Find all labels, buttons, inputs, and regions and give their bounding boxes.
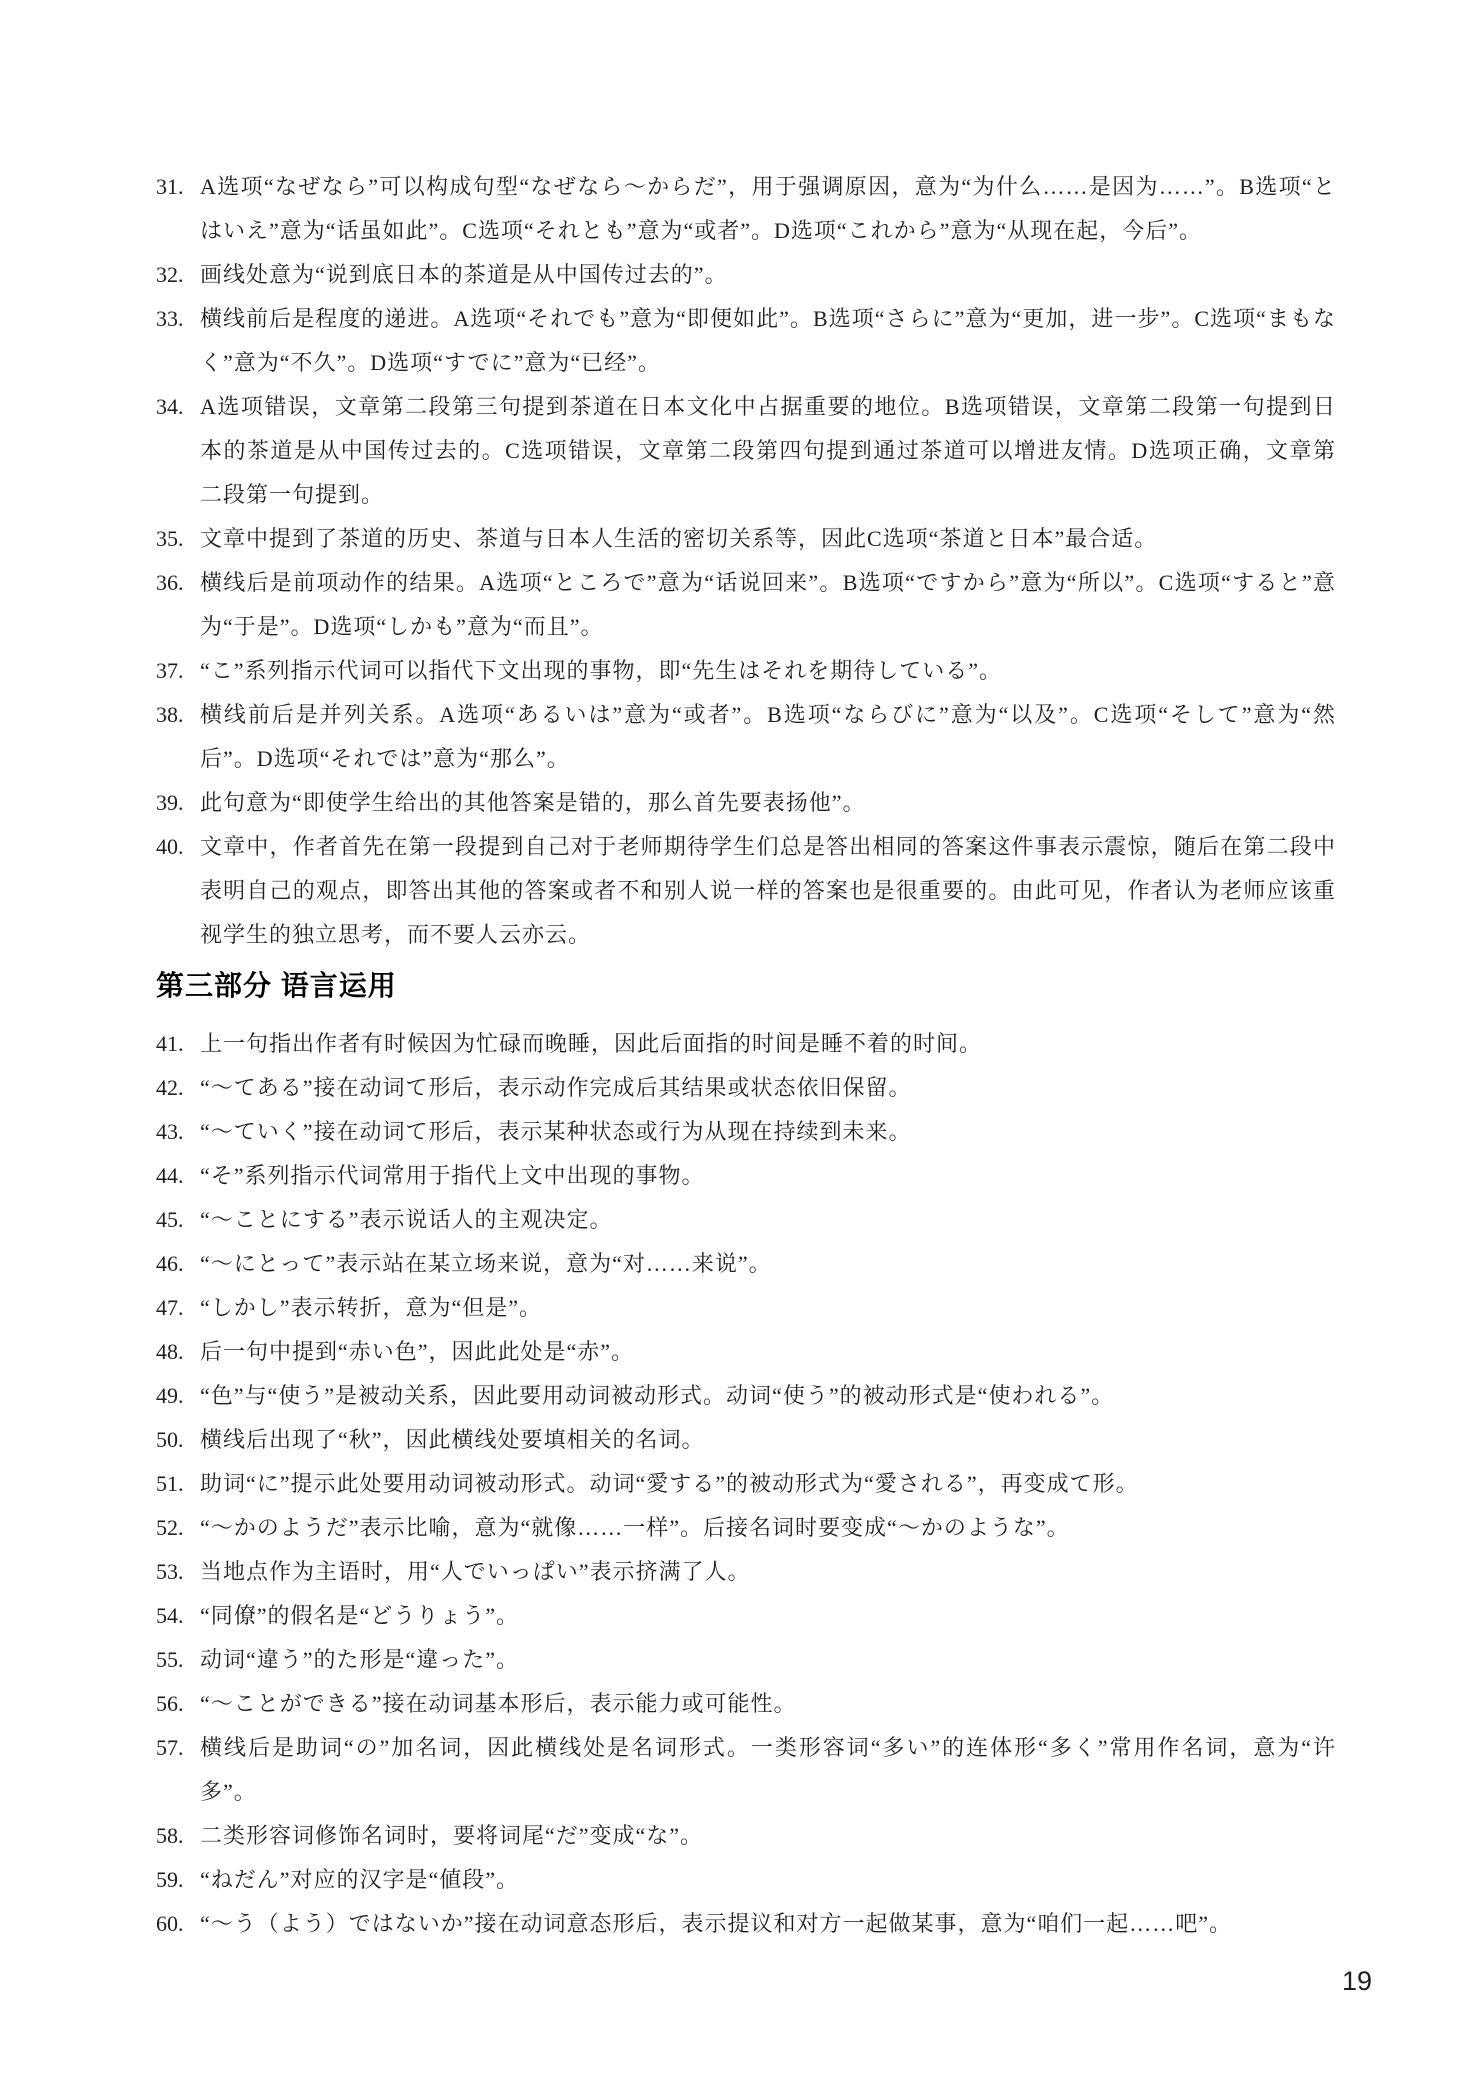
item-number: 39. bbox=[156, 781, 198, 825]
item-text: “しかし”表示转折，意为“但是”。 bbox=[200, 1295, 542, 1320]
explanation-list-part3: 41.上一句指出作者有时候因为忙碌而晚睡，因此后面指的时间是睡不着的时间。42.… bbox=[156, 1022, 1336, 1946]
item-text: “～ことができる”接在动词基本形后，表示能力或可能性。 bbox=[200, 1691, 797, 1716]
explanation-item: 49.“色”与“使う”是被动关系，因此要用动词被动形式。动词“使う”的被动形式是… bbox=[156, 1374, 1336, 1418]
item-text: 横线后是前项动作的结果。A选项“ところで”意为“话说回来”。B选项“ですから”意… bbox=[200, 570, 1336, 639]
item-text: 二类形容词修饰名词时，要将词尾“だ”变成“な”。 bbox=[200, 1823, 703, 1848]
explanation-item: 44.“そ”系列指示代词常用于指代上文中出现的事物。 bbox=[156, 1154, 1336, 1198]
explanation-item: 57.横线后是助词“の”加名词，因此横线处是名词形式。一类形容词“多い”的连体形… bbox=[156, 1726, 1336, 1814]
item-text: 动词“違う”的た形是“違った”。 bbox=[200, 1647, 519, 1672]
explanation-item: 31.A选项“なぜなら”可以构成句型“なぜなら～からだ”，用于强调原因，意为“为… bbox=[156, 165, 1336, 253]
item-number: 59. bbox=[156, 1858, 198, 1902]
explanation-item: 33.横线前后是程度的递进。A选项“それでも”意为“即便如此”。B选项“さらに”… bbox=[156, 297, 1336, 385]
item-text: 画线处意为“说到底日本的茶道是从中国传过去的”。 bbox=[200, 262, 728, 287]
explanation-item: 58.二类形容词修饰名词时，要将词尾“だ”变成“な”。 bbox=[156, 1814, 1336, 1858]
item-number: 54. bbox=[156, 1594, 198, 1638]
item-text: 此句意为“即使学生给出的其他答案是错的，那么首先要表扬他”。 bbox=[200, 790, 866, 815]
item-text: 横线后是助词“の”加名词，因此横线处是名词形式。一类形容词“多い”的连体形“多く… bbox=[200, 1735, 1336, 1804]
explanation-item: 40.文章中，作者首先在第一段提到自己对于老师期待学生们总是答出相同的答案这件事… bbox=[156, 825, 1336, 957]
item-text: 文章中，作者首先在第一段提到自己对于老师期待学生们总是答出相同的答案这件事表示震… bbox=[200, 834, 1336, 947]
item-number: 32. bbox=[156, 253, 198, 297]
item-text: 横线前后是并列关系。A选项“あるいは”意为“或者”。B选项“ならびに”意为“以及… bbox=[200, 702, 1336, 771]
item-text: “そ”系列指示代词常用于指代上文中出现的事物。 bbox=[200, 1163, 705, 1188]
explanation-item: 42.“～てある”接在动词て形后，表示动作完成后其结果或状态依旧保留。 bbox=[156, 1066, 1336, 1110]
item-number: 43. bbox=[156, 1110, 198, 1154]
item-text: “同僚”的假名是“どうりょう”。 bbox=[200, 1603, 519, 1628]
item-number: 56. bbox=[156, 1682, 198, 1726]
item-number: 41. bbox=[156, 1022, 198, 1066]
explanation-item: 56.“～ことができる”接在动词基本形后，表示能力或可能性。 bbox=[156, 1682, 1336, 1726]
item-number: 37. bbox=[156, 649, 198, 693]
explanation-item: 51.助词“に”提示此处要用动词被动形式。动词“愛する”的被动形式为“愛される”… bbox=[156, 1462, 1336, 1506]
section-header: 第三部分 语言运用 bbox=[156, 969, 1336, 1003]
item-text: 当地点作为主语时，用“人でいっぱい”表示挤满了人。 bbox=[200, 1559, 751, 1584]
item-number: 31. bbox=[156, 165, 198, 209]
item-text: “～う（よう）ではないか”接在动词意态形后，表示提议和对方一起做某事，意为“咱们… bbox=[200, 1911, 1232, 1936]
item-text: 助词“に”提示此处要用动词被动形式。动词“愛する”的被动形式为“愛される”，再变… bbox=[200, 1471, 1139, 1496]
item-text: “色”与“使う”是被动关系，因此要用动词被动形式。动词“使う”的被动形式是“使わ… bbox=[200, 1383, 1114, 1408]
item-number: 35. bbox=[156, 517, 198, 561]
explanation-list-part2: 31.A选项“なぜなら”可以构成句型“なぜなら～からだ”，用于强调原因，意为“为… bbox=[156, 165, 1336, 957]
explanation-item: 59.“ねだん”对应的汉字是“値段”。 bbox=[156, 1858, 1336, 1902]
item-text: 横线前后是程度的递进。A选项“それでも”意为“即便如此”。B选项“さらに”意为“… bbox=[200, 306, 1336, 375]
item-number: 60. bbox=[156, 1902, 198, 1946]
item-number: 50. bbox=[156, 1418, 198, 1462]
item-number: 34. bbox=[156, 385, 198, 429]
explanation-item: 32.画线处意为“说到底日本的茶道是从中国传过去的”。 bbox=[156, 253, 1336, 297]
item-text: A选项错误，文章第二段第三句提到茶道在日本文化中占据重要的地位。B选项错误，文章… bbox=[200, 394, 1336, 507]
explanation-item: 43.“～ていく”接在动词て形后，表示某种状态或行为从现在持续到未来。 bbox=[156, 1110, 1336, 1154]
explanation-item: 45.“～ことにする”表示说话人的主观决定。 bbox=[156, 1198, 1336, 1242]
explanation-item: 36.横线后是前项动作的结果。A选项“ところで”意为“话说回来”。B选项“ですか… bbox=[156, 561, 1336, 649]
item-text: 后一句中提到“赤い色”，因此此处是“赤”。 bbox=[200, 1339, 634, 1364]
explanation-item: 53.当地点作为主语时，用“人でいっぱい”表示挤满了人。 bbox=[156, 1550, 1336, 1594]
document-page: 31.A选项“なぜなら”可以构成句型“なぜなら～からだ”，用于强调原因，意为“为… bbox=[0, 0, 1484, 2079]
item-text: 横线后出现了“秋”，因此横线处要填相关的名词。 bbox=[200, 1427, 705, 1452]
answer-explanations: 31.A选项“なぜなら”可以构成句型“なぜなら～からだ”，用于强调原因，意为“为… bbox=[156, 165, 1336, 1946]
explanation-item: 37.“こ”系列指示代词可以指代下文出现的事物，即“先生はそれを期待している”。 bbox=[156, 649, 1336, 693]
item-number: 42. bbox=[156, 1066, 198, 1110]
item-number: 45. bbox=[156, 1198, 198, 1242]
item-number: 48. bbox=[156, 1330, 198, 1374]
explanation-item: 38.横线前后是并列关系。A选项“あるいは”意为“或者”。B选项“ならびに”意为… bbox=[156, 693, 1336, 781]
item-number: 33. bbox=[156, 297, 198, 341]
explanation-item: 41.上一句指出作者有时候因为忙碌而晚睡，因此后面指的时间是睡不着的时间。 bbox=[156, 1022, 1336, 1066]
item-number: 47. bbox=[156, 1286, 198, 1330]
item-number: 44. bbox=[156, 1154, 198, 1198]
item-number: 38. bbox=[156, 693, 198, 737]
item-number: 51. bbox=[156, 1462, 198, 1506]
explanation-item: 47.“しかし”表示转折，意为“但是”。 bbox=[156, 1286, 1336, 1330]
item-number: 40. bbox=[156, 825, 198, 869]
item-text: “～ていく”接在动词て形后，表示某种状态或行为从现在持续到未来。 bbox=[200, 1119, 912, 1144]
explanation-item: 50.横线后出现了“秋”，因此横线处要填相关的名词。 bbox=[156, 1418, 1336, 1462]
item-text: “ねだん”对应的汉字是“値段”。 bbox=[200, 1867, 519, 1892]
item-text: “～かのようだ”表示比喻，意为“就像……一样”。后接名词时要变成“～かのような”… bbox=[200, 1515, 1070, 1540]
explanation-item: 48.后一句中提到“赤い色”，因此此处是“赤”。 bbox=[156, 1330, 1336, 1374]
item-text: 文章中提到了茶道的历史、茶道与日本人生活的密切关系等，因此C选项“茶道と日本”最… bbox=[200, 526, 1157, 551]
explanation-item: 52.“～かのようだ”表示比喻，意为“就像……一样”。后接名词时要变成“～かのよ… bbox=[156, 1506, 1336, 1550]
explanation-item: 35.文章中提到了茶道的历史、茶道与日本人生活的密切关系等，因此C选项“茶道と日… bbox=[156, 517, 1336, 561]
item-text: “こ”系列指示代词可以指代下文出现的事物，即“先生はそれを期待している”。 bbox=[200, 658, 1002, 683]
item-text: “～にとって”表示站在某立场来说，意为“对……来说”。 bbox=[200, 1251, 772, 1276]
item-number: 57. bbox=[156, 1726, 198, 1770]
item-number: 46. bbox=[156, 1242, 198, 1286]
explanation-item: 55.动词“違う”的た形是“違った”。 bbox=[156, 1638, 1336, 1682]
item-number: 52. bbox=[156, 1506, 198, 1550]
item-number: 55. bbox=[156, 1638, 198, 1682]
item-number: 36. bbox=[156, 561, 198, 605]
explanation-item: 60.“～う（よう）ではないか”接在动词意态形后，表示提议和对方一起做某事，意为… bbox=[156, 1902, 1336, 1946]
explanation-item: 54.“同僚”的假名是“どうりょう”。 bbox=[156, 1594, 1336, 1638]
item-text: “～てある”接在动词て形后，表示动作完成后其结果或状态依旧保留。 bbox=[200, 1075, 912, 1100]
item-number: 53. bbox=[156, 1550, 198, 1594]
explanation-item: 34.A选项错误，文章第二段第三句提到茶道在日本文化中占据重要的地位。B选项错误… bbox=[156, 385, 1336, 517]
item-number: 49. bbox=[156, 1374, 198, 1418]
item-text: 上一句指出作者有时候因为忙碌而晚睡，因此后面指的时间是睡不着的时间。 bbox=[200, 1031, 982, 1056]
item-number: 58. bbox=[156, 1814, 198, 1858]
item-text: A选项“なぜなら”可以构成句型“なぜなら～からだ”，用于强调原因，意为“为什么…… bbox=[200, 174, 1336, 243]
explanation-item: 39.此句意为“即使学生给出的其他答案是错的，那么首先要表扬他”。 bbox=[156, 781, 1336, 825]
item-text: “～ことにする”表示说话人的主观决定。 bbox=[200, 1207, 613, 1232]
page-number: 19 bbox=[1342, 1966, 1372, 1997]
explanation-item: 46.“～にとって”表示站在某立场来说，意为“对……来说”。 bbox=[156, 1242, 1336, 1286]
